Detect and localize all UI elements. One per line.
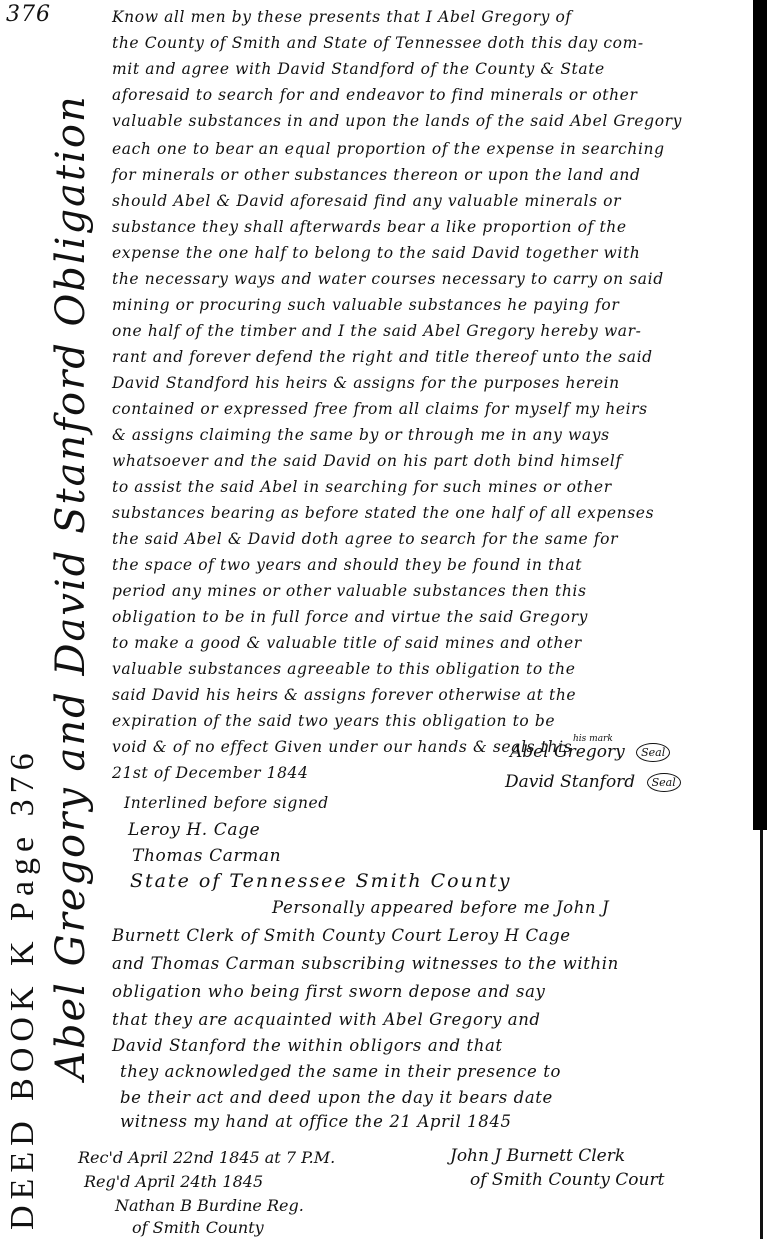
seal-icon: Seal <box>647 773 681 792</box>
text-line: substances bearing as before stated the … <box>112 504 654 522</box>
text-line: David Standford his heirs & assigns for … <box>112 374 620 392</box>
text-line: to make a good & valuable title of said … <box>112 634 582 652</box>
text-line: mining or procuring such valuable substa… <box>112 296 619 314</box>
text-line: void & of no effect Given under our hand… <box>112 738 572 756</box>
text-line: for minerals or other substances thereon… <box>112 166 641 184</box>
text-line: be their act and deed upon the day it be… <box>120 1088 553 1107</box>
text-line: David Stanford the within obligors and t… <box>112 1036 503 1055</box>
clerk-title: of Smith County Court <box>470 1170 664 1190</box>
deed-page: 376 DEED BOOK K Page 376 Abel Gregory an… <box>0 0 767 1239</box>
seal-icon: Seal <box>636 743 670 762</box>
text-line: they acknowledged the same in their pres… <box>120 1062 561 1081</box>
text-line: valuable substances agreeable to this ob… <box>112 660 575 678</box>
text-line: Know all men by these presents that I Ab… <box>112 8 572 26</box>
text-line: aforesaid to search for and endeavor to … <box>112 86 637 104</box>
scan-edge-shadow <box>753 0 767 830</box>
signature-abel-gregory: Abel Gregory Seal <box>510 742 670 762</box>
text-line: obligation to be in full force and virtu… <box>112 608 588 626</box>
text-line: said David his heirs & assigns forever o… <box>112 686 576 704</box>
text-line: Burnett Clerk of Smith County Court Lero… <box>112 926 571 945</box>
text-line: expense the one half to belong to the sa… <box>112 244 640 262</box>
witness-1: Leroy H. Cage <box>128 820 260 840</box>
acknowledgment-heading: State of Tennessee Smith County <box>130 870 511 892</box>
date-line: 21st of December 1844 <box>112 764 308 782</box>
interlined-note: Interlined before signed <box>124 794 329 812</box>
margin-parties-title: Abel Gregory and David Stanford Obligati… <box>48 94 94 1080</box>
signature-david-stanford: David Stanford Seal <box>505 772 681 792</box>
text-line: substance they shall afterwards bear a l… <box>112 218 627 236</box>
page-number: 376 <box>6 2 51 27</box>
text-line: mit and agree with David Standford of th… <box>112 60 605 78</box>
text-line: the necessary ways and water courses nec… <box>112 270 664 288</box>
signature-name: Abel Gregory <box>510 742 625 762</box>
margin-book-reference: DEED BOOK K Page 376 <box>4 747 42 1230</box>
text-line: the said Abel & David doth agree to sear… <box>112 530 618 548</box>
text-line: whatsoever and the said David on his par… <box>112 452 622 470</box>
witness-2: Thomas Carman <box>132 846 281 866</box>
text-line: each one to bear an equal proportion of … <box>112 140 665 158</box>
register-name: Nathan B Burdine Reg. <box>115 1196 304 1215</box>
text-line: Personally appeared before me John J <box>272 898 609 917</box>
registered-line: Reg'd April 24th 1845 <box>84 1172 263 1191</box>
text-line: should Abel & David aforesaid find any v… <box>112 192 621 210</box>
received-line: Rec'd April 22nd 1845 at 7 P.M. <box>78 1148 335 1167</box>
text-line: the County of Smith and State of Tenness… <box>112 34 644 52</box>
scan-edge-line <box>760 830 763 1239</box>
text-line: valuable substances in and upon the land… <box>112 112 682 130</box>
text-line: contained or expressed free from all cla… <box>112 400 648 418</box>
text-line: to assist the said Abel in searching for… <box>112 478 612 496</box>
register-county: of Smith County <box>132 1218 264 1237</box>
mark-note: his mark <box>573 734 613 744</box>
text-line: expiration of the said two years this ob… <box>112 712 555 730</box>
text-line: and Thomas Carman subscribing witnesses … <box>112 954 619 973</box>
text-line: & assigns claiming the same by or throug… <box>112 426 610 444</box>
clerk-signature: John J Burnett Clerk <box>450 1146 625 1166</box>
text-line: that they are acquainted with Abel Grego… <box>112 1010 541 1029</box>
signature-name: David Stanford <box>505 772 635 792</box>
text-line: rant and forever defend the right and ti… <box>112 348 653 366</box>
text-line: period any mines or other valuable subst… <box>112 582 587 600</box>
text-line: one half of the timber and I the said Ab… <box>112 322 642 340</box>
text-line: obligation who being first sworn depose … <box>112 982 545 1001</box>
text-line: the space of two years and should they b… <box>112 556 582 574</box>
text-line: witness my hand at office the 21 April 1… <box>120 1112 512 1131</box>
